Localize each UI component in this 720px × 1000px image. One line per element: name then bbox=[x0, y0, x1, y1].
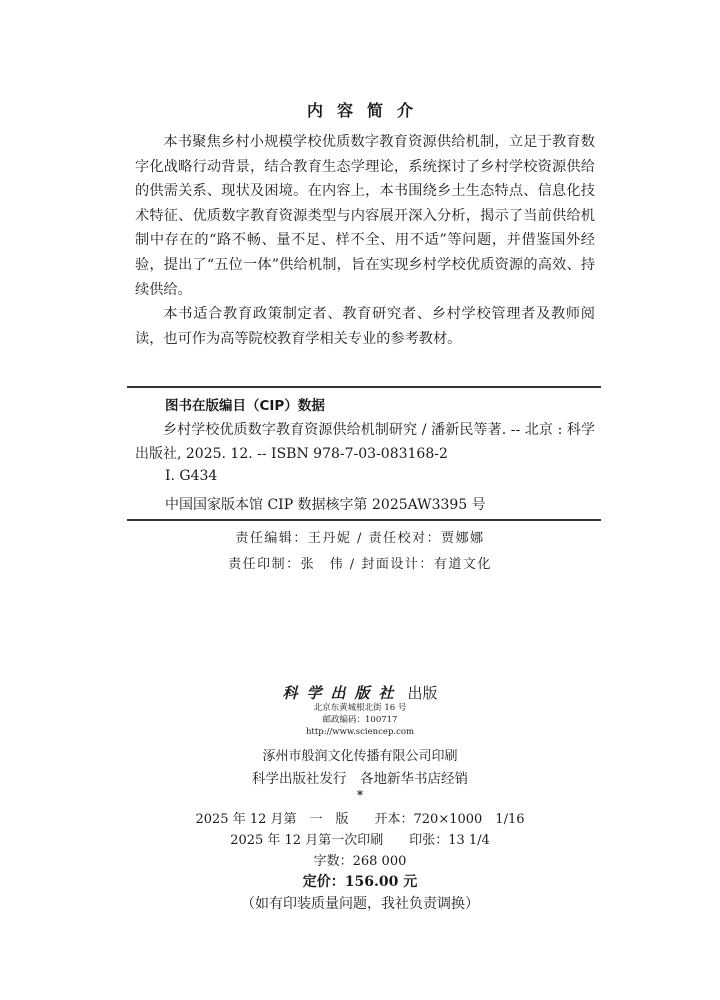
publisher-logo: 科学出版社 bbox=[282, 684, 402, 702]
page-title: 内容简介 bbox=[0, 98, 720, 121]
cip-top-rule bbox=[127, 386, 601, 388]
publisher-url: http://www.sciencep.com bbox=[0, 727, 720, 738]
printer-line: 涿州市般润文化传播有限公司印刷 bbox=[0, 745, 720, 764]
cip-bottom-rule bbox=[127, 519, 601, 521]
editor-credits: 责任编辑：王丹妮 / 责任校对：贾娜娜 bbox=[0, 527, 720, 546]
distribution-line: 科学出版社发行 各地新华书店经销 bbox=[0, 767, 720, 787]
cip-check-number: 中国国家版本馆 CIP 数据核字第 2025AW3395 号 bbox=[165, 494, 486, 514]
summary-paragraph-2: 本书适合教育政策制定者、教育研究者、乡村学校管理者及教师阅读，也可作为高等院校教… bbox=[135, 302, 595, 351]
cip-classification: Ⅰ. G434 bbox=[165, 468, 217, 484]
publisher-address: 北京东黄城根北街 16 号 bbox=[0, 703, 720, 714]
print-run-line: 2025 年 12 月第一次印刷 印张：13 1/4 bbox=[0, 829, 720, 848]
publisher-line: 科学出版社 出版 bbox=[0, 682, 720, 703]
price: 定价：156.00 元 bbox=[0, 871, 720, 891]
summary-paragraph-1: 本书聚焦乡村小规模学校优质数字教育资源供给机制，立足于教育数字化战略行动背景，结… bbox=[135, 130, 595, 302]
cip-heading: 图书在版编目（CIP）数据 bbox=[165, 394, 625, 418]
word-count: 字数：268 000 bbox=[0, 850, 720, 869]
quality-notice: （如有印装质量问题，我社负责调换） bbox=[0, 893, 720, 913]
edition-line: 2025 年 12 月第 一 版 开本：720×1000 1/16 bbox=[0, 808, 720, 827]
publisher-postcode: 邮政编码：100717 bbox=[0, 715, 720, 726]
summary-body: 本书聚焦乡村小规模学校优质数字教育资源供给机制，立足于教育数字化战略行动背景，结… bbox=[135, 130, 595, 351]
publisher-suffix: 出版 bbox=[408, 684, 438, 702]
cip-record: 乡村学校优质数字教育资源供给机制研究 / 潘新民等著. -- 北京 : 科学出版… bbox=[135, 418, 595, 466]
separator-asterisk: * bbox=[0, 788, 720, 802]
production-credits: 责任印制：张 伟 / 封面设计：有道文化 bbox=[0, 553, 720, 572]
